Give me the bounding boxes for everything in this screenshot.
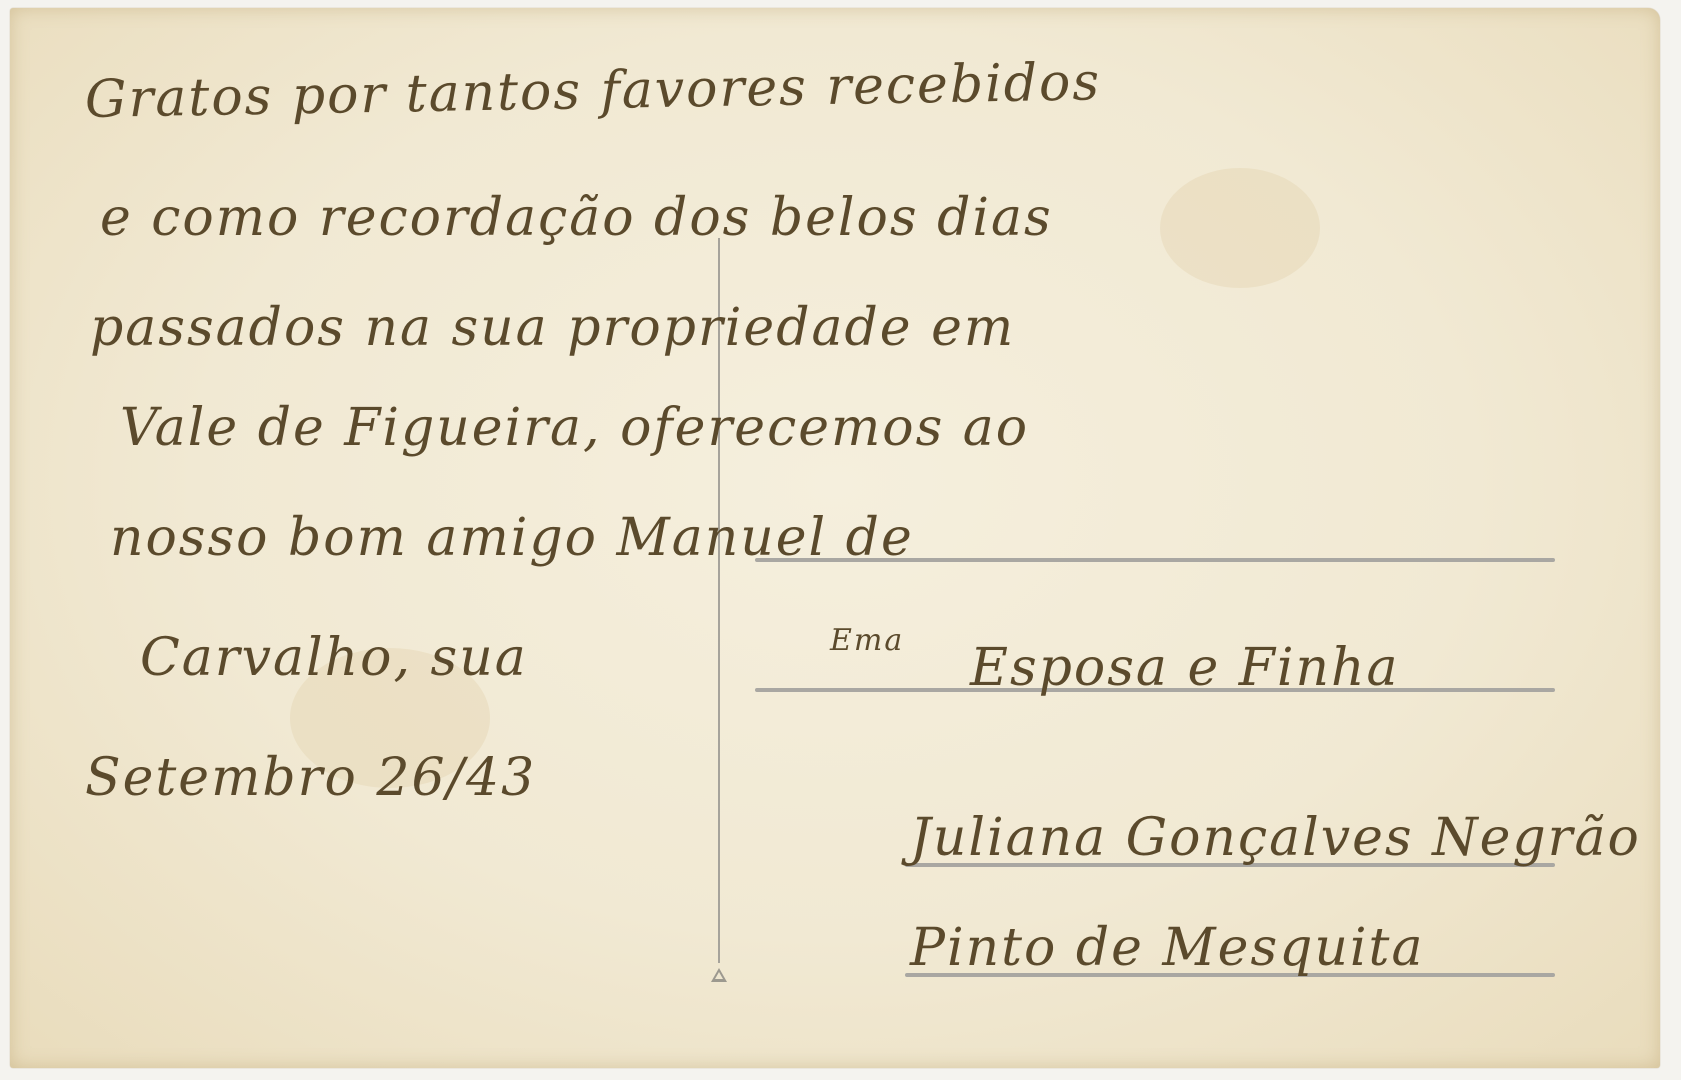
message-line-6: Carvalho, sua bbox=[140, 628, 528, 688]
paper-stain bbox=[1160, 168, 1320, 288]
signature-line-2: Pinto de Mesquita bbox=[910, 918, 1424, 978]
postcard-back: Gratos por tantos favores recebidos e co… bbox=[10, 8, 1660, 1068]
message-line-1: Gratos por tantos favores recebidos bbox=[84, 52, 1101, 130]
signature-line-1: Juliana Gonçalves Negrão bbox=[910, 808, 1641, 868]
message-line-4: Vale de Figueira, oferecemos ao bbox=[120, 398, 1029, 458]
message-line-2: e como recordação dos belos dias bbox=[100, 188, 1053, 248]
insertion-text: Ema bbox=[830, 623, 904, 658]
address-line-1: Esposa e Finha bbox=[970, 638, 1399, 698]
divider-triangle-icon bbox=[711, 968, 727, 982]
message-line-3: passados na sua propriedade em bbox=[90, 298, 1015, 358]
date-line: Setembro 26/43 bbox=[85, 748, 536, 808]
message-line-5: nosso bom amigo Manuel de bbox=[110, 508, 914, 568]
